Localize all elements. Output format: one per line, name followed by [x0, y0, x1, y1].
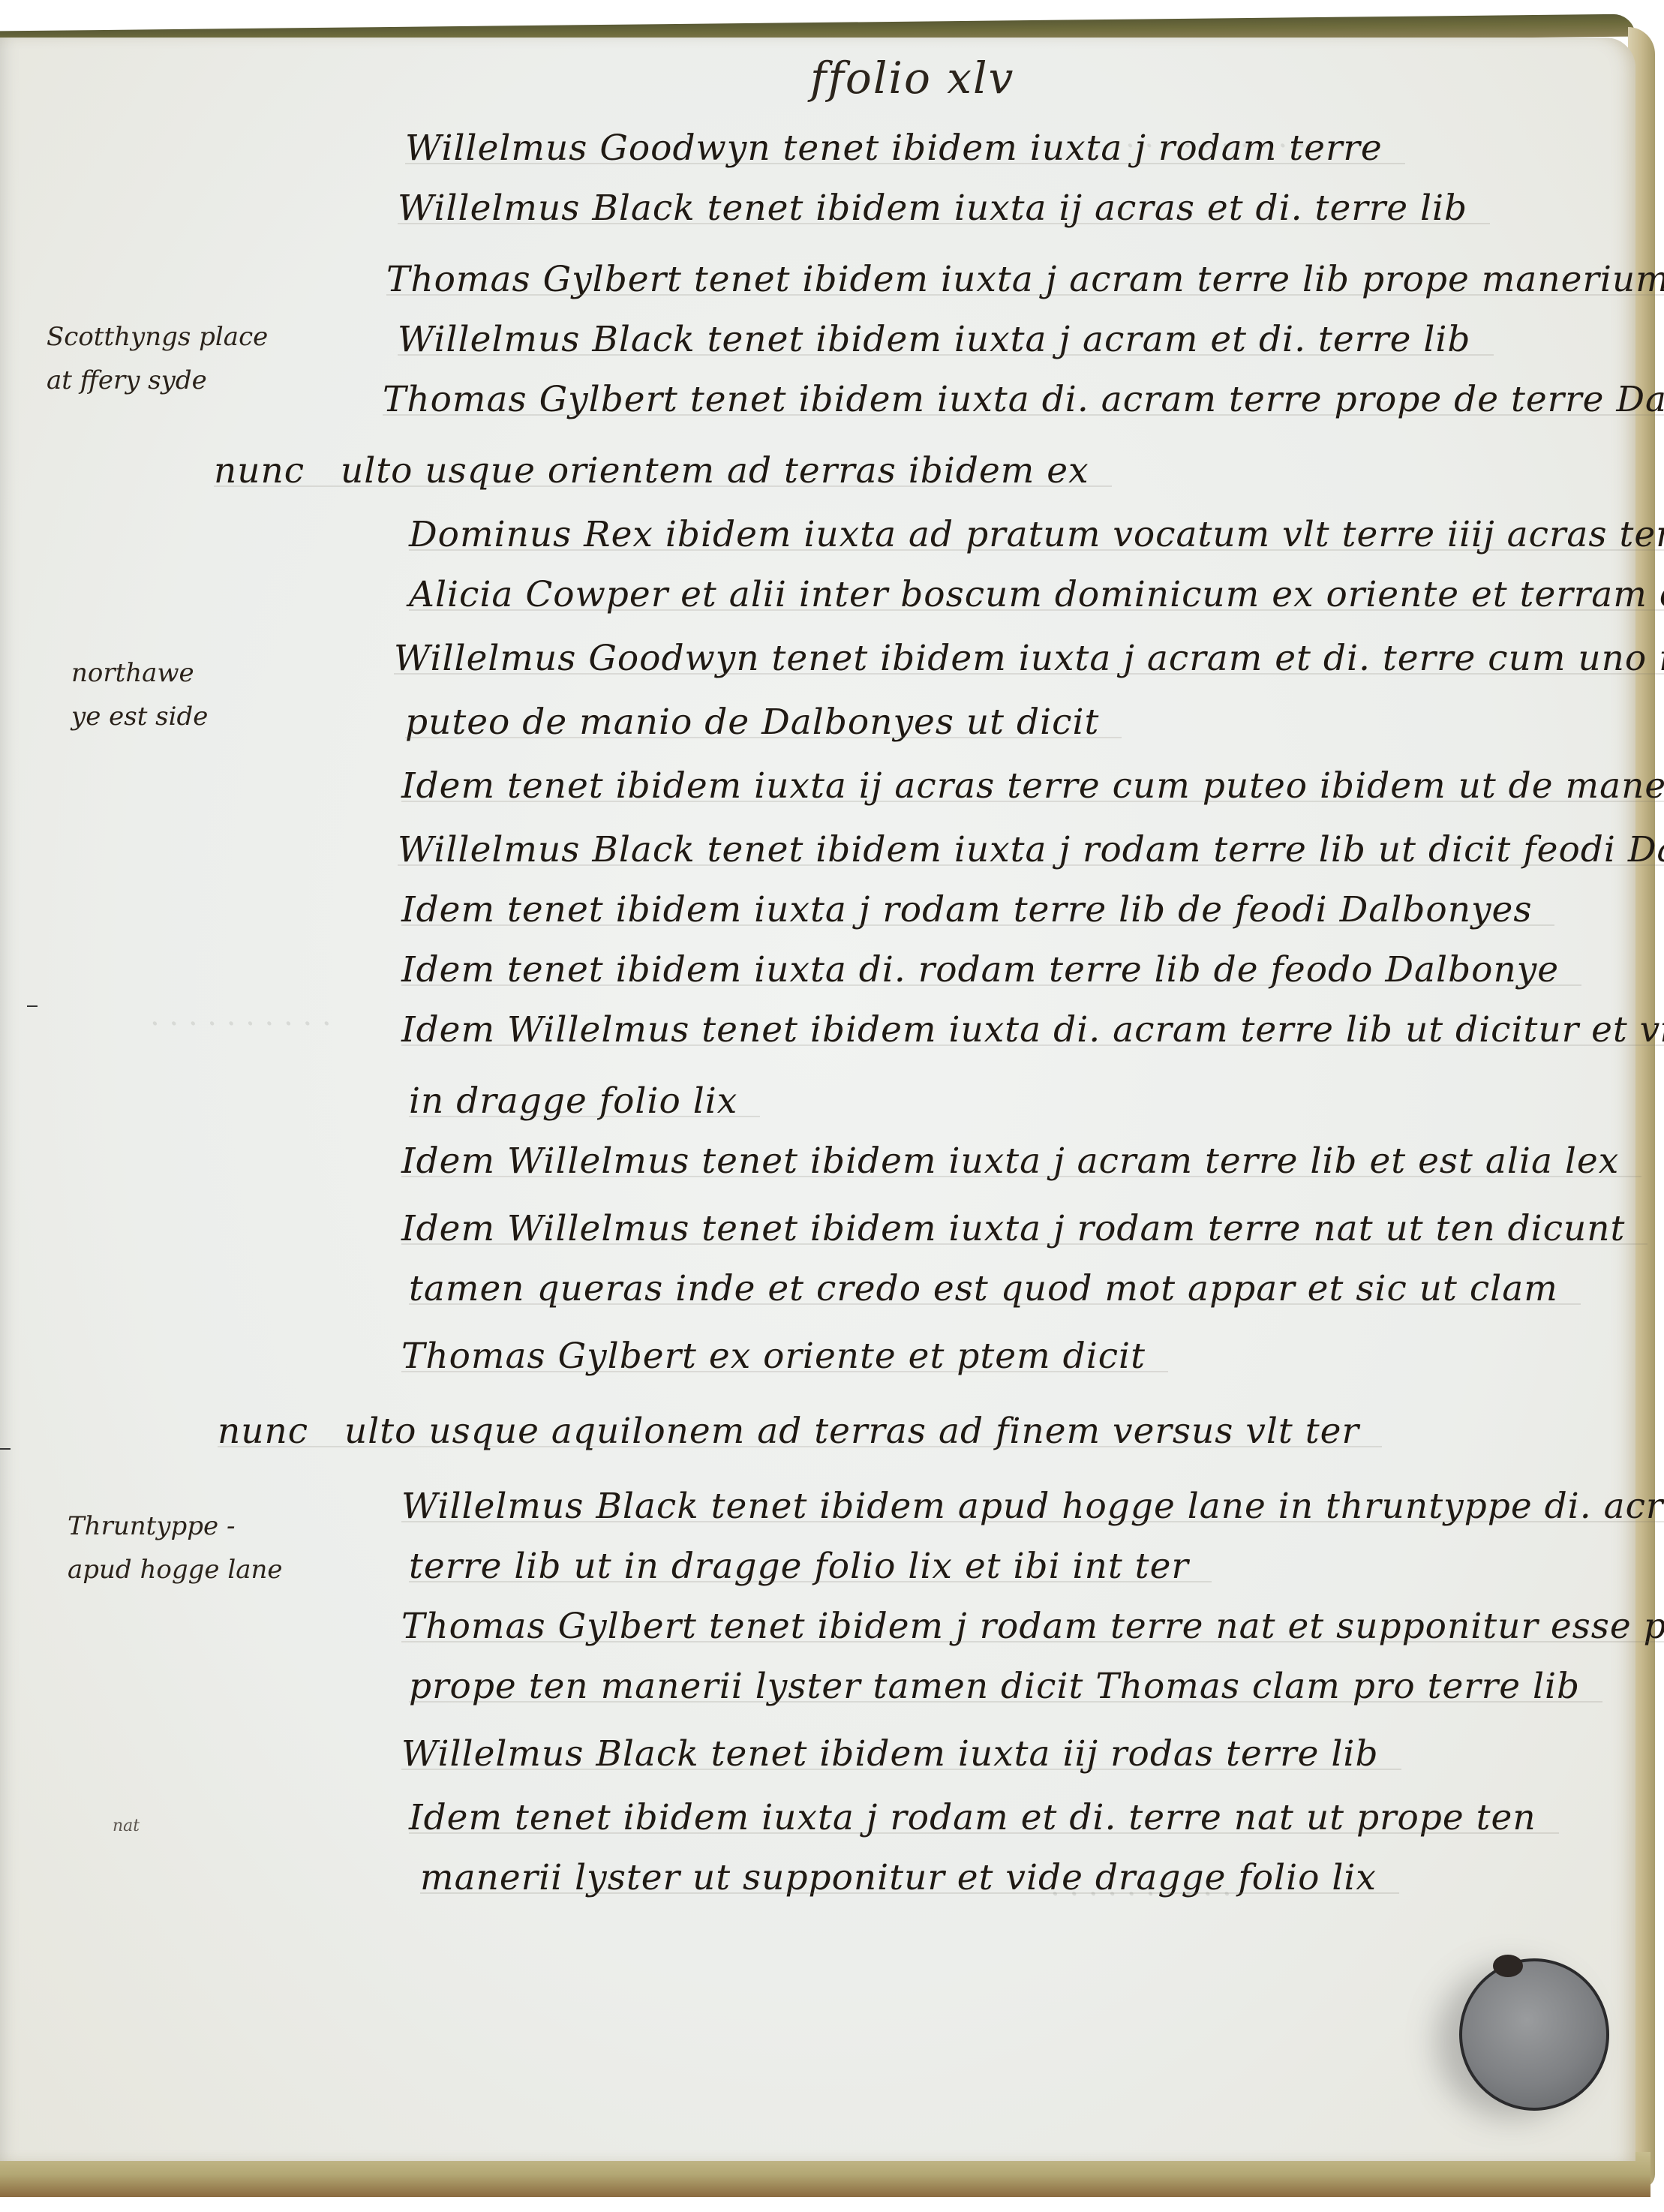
- section-heading-orientem: nunc ulto usque orientem ad terras ibide…: [214, 450, 1089, 491]
- entry-line: Idem tenet ibidem iuxta j rodam et di. t…: [409, 1797, 1536, 1838]
- entry-line: Dominus Rex ibidem iuxta ad pratum vocat…: [409, 514, 1664, 555]
- metal-weight: [1459, 1958, 1609, 2111]
- entry-line: Willelmus Black tenet ibidem iuxta ij ac…: [398, 188, 1467, 229]
- entry-line: puteo de manio de Dalbonyes ut dicit: [405, 702, 1099, 743]
- entry-line: Thomas Gylbert tenet ibidem iuxta di. ac…: [383, 379, 1664, 420]
- entry-line: Willelmus Black tenet ibidem iuxta j acr…: [398, 319, 1471, 360]
- marginal-mark: nat: [113, 1805, 140, 1848]
- entry-line: tamen queras inde et credo est quod mot …: [409, 1268, 1558, 1309]
- entry-line: Idem tenet ibidem iuxta di. rodam terre …: [401, 949, 1559, 990]
- margin-mark: [0, 1448, 11, 1450]
- marginal-note-thruntyppe: Thruntyppe - apud hogge lane: [68, 1504, 283, 1591]
- marginal-line: Scotthyngs place: [47, 315, 268, 359]
- entry-line: Idem tenet ibidem iuxta ij acras terre c…: [401, 765, 1664, 807]
- entry-line: Idem Willelmus tenet ibidem iuxta di. ac…: [401, 1009, 1664, 1050]
- section-heading-aquilonem: nunc ulto usque aquilonem ad terras ad f…: [218, 1411, 1359, 1452]
- section-prefix: nunc: [214, 450, 305, 491]
- show-through-text: . . . . . . . . . .: [150, 998, 332, 1032]
- marginal-line: Thruntyppe -: [68, 1504, 283, 1548]
- marginal-note-northawe: northawe ye est side: [71, 651, 208, 738]
- marginal-note-scotthyngs: Scotthyngs place at ffery syde: [47, 315, 268, 402]
- entry-line: Willelmus Goodwyn tenet ibidem iuxta j r…: [405, 128, 1383, 169]
- entry-line: Willelmus Black tenet ibidem iuxta iij r…: [401, 1733, 1379, 1775]
- marginal-line: apud hogge lane: [68, 1548, 283, 1591]
- entry-line: Thomas Gylbert tenet ibidem j rodam terr…: [401, 1606, 1664, 1647]
- folio-heading: ffolio xlv: [810, 53, 1014, 104]
- entry-line: prope ten manerii lyster tamen dicit Tho…: [409, 1666, 1580, 1707]
- entry-line: Willelmus Black tenet ibidem apud hogge …: [401, 1486, 1664, 1527]
- entry-line: Idem Willelmus tenet ibidem iuxta j acra…: [401, 1141, 1619, 1182]
- entry-line: Thomas Gylbert ex oriente et ptem dicit: [401, 1336, 1146, 1377]
- entry-line: Willelmus Black tenet ibidem iuxta j rod…: [398, 829, 1664, 870]
- section-text: ulto usque orientem ad terras ibidem ex: [341, 450, 1089, 491]
- entry-line: manerii lyster ut supponitur et vide dra…: [420, 1857, 1377, 1898]
- entry-line: Alicia Cowper et alii inter boscum domin…: [409, 574, 1664, 615]
- entry-line: Willelmus Goodwyn tenet ibidem iuxta j a…: [394, 638, 1664, 679]
- section-text: ulto usque aquilonem ad terras ad finem …: [344, 1411, 1359, 1452]
- marginal-line: ye est side: [71, 695, 208, 738]
- entry-line: Idem tenet ibidem iuxta j rodam terre li…: [401, 889, 1532, 930]
- entry-line: Idem Willelmus tenet ibidem iuxta j roda…: [401, 1208, 1625, 1249]
- marginal-line: northawe: [71, 651, 208, 695]
- margin-mark: [27, 1005, 38, 1007]
- section-prefix: nunc: [218, 1411, 308, 1452]
- marginal-line: at ffery syde: [47, 359, 268, 402]
- weight-tarnish-spot: [1493, 1955, 1523, 1977]
- entry-line: in dragge folio lix: [409, 1080, 737, 1122]
- entry-line: terre lib ut in dragge folio lix et ibi …: [409, 1546, 1189, 1587]
- entry-line: Thomas Gylbert tenet ibidem iuxta j acra…: [386, 259, 1664, 300]
